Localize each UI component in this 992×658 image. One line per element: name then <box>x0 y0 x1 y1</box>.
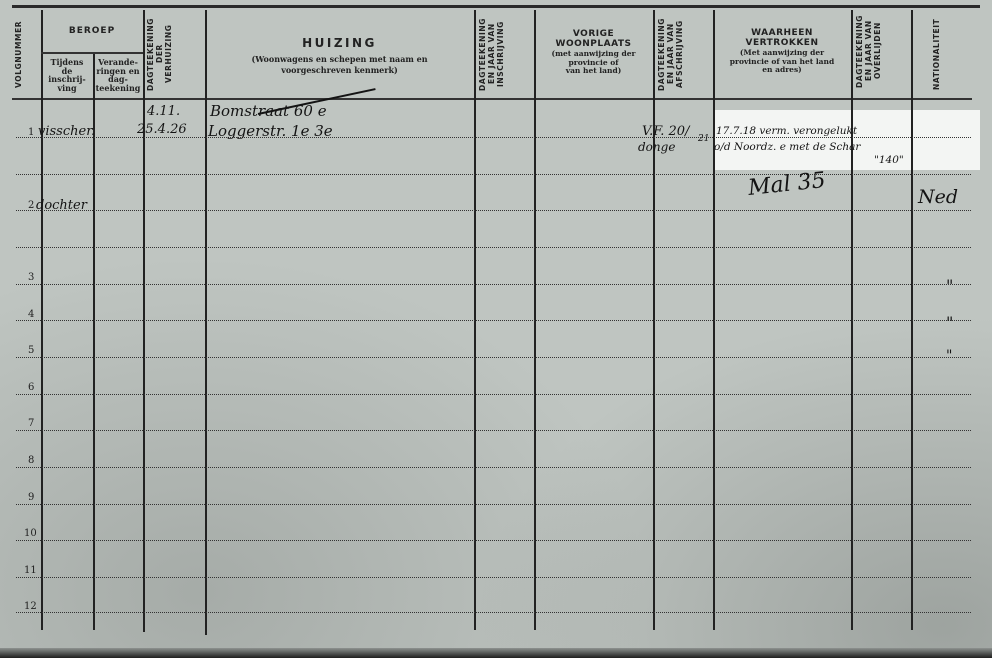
text-line: ving <box>41 84 93 93</box>
row-line <box>16 320 971 321</box>
header-beroep-tijdens: Tijdens de inschrij- ving <box>41 58 93 92</box>
text-line: DER <box>155 45 164 64</box>
entry-row1-vorige-line1: V.F. 20/ <box>642 124 689 139</box>
row-line <box>16 210 971 211</box>
entry-row1-huizing-line2: Loggerstr. 1e 3e <box>208 122 333 140</box>
entry-row2-waarheen: Mal 35 <box>747 168 827 201</box>
header-beroep-veranderingen: Verande- ringen en dag- teekening <box>93 58 143 92</box>
row-number: 11 <box>24 565 37 576</box>
entry-row1-vorige-line2: donge <box>638 140 675 154</box>
beroep-split-line <box>41 52 143 54</box>
header-waarheen-vertrokken-sub: (Met aanwijzing der provincie of van het… <box>713 49 851 75</box>
header-vorige-woonplaats-sub: (met aanwijzing der provincie of van het… <box>534 50 653 76</box>
entry-row1-date-bottom: 25.4.26 <box>137 122 187 137</box>
text-line: teekening <box>93 84 143 93</box>
row-line <box>16 394 971 395</box>
header-dagteekening-verhuizing: DAGTEEKENING DER VERHUIZING <box>146 12 202 96</box>
row-number: 1 <box>28 127 34 138</box>
row-number: 9 <box>28 492 34 503</box>
row-line <box>16 467 971 468</box>
text-line: (Woonwagens en schepen met naam en <box>205 54 474 65</box>
text-line: EN JAAR VAN <box>864 21 873 82</box>
entry-row4-nationaliteit: " <box>946 313 953 332</box>
row-line <box>16 540 971 541</box>
header-vorige-woonplaats: VORIGE WOONPLAATS <box>534 29 653 49</box>
text-line: VERTROKKEN <box>713 38 851 48</box>
entry-row1-waarheen-line2: o/d Noordz. e met de Schar <box>714 141 860 153</box>
row-line <box>16 137 971 138</box>
header-dagteekening-overlijden: DAGTEEKENING EN JAAR VAN OVERLIJDEN <box>855 8 907 94</box>
whiteout-patch <box>714 110 980 170</box>
header-dagteekening-afschrijving: DAGTEEKENING EN JAAR VAN AFSCHRIJVING <box>657 12 709 96</box>
text-line: van het land) <box>534 67 653 76</box>
col-line <box>143 10 145 632</box>
row-number: 12 <box>24 601 37 612</box>
row-number: 6 <box>28 382 34 393</box>
entry-row1-date-top: 4.11. <box>147 104 180 119</box>
entry-row1-waarheen-line3: "140" <box>874 154 904 166</box>
text-line: INSCHRIJVING <box>496 21 505 87</box>
header-rule <box>12 98 972 100</box>
entry-row2-beroep: dochter <box>36 198 87 213</box>
entry-row1-afschrijving-sup: 21 <box>698 134 709 144</box>
text-line: en adres) <box>713 66 851 75</box>
text-line: DAGTEEKENING <box>146 17 155 90</box>
row-number: 8 <box>28 455 34 466</box>
entry-row1-waarheen-line1: 17.7.18 verm. verongelukt <box>716 125 857 137</box>
row-line <box>16 174 971 175</box>
text-line: VERHUIZING <box>164 25 173 84</box>
text-line: OVERLIJDEN <box>873 23 882 80</box>
row-number: 3 <box>28 272 34 283</box>
entry-row5-nationaliteit: " <box>946 348 952 364</box>
entry-row3-nationaliteit: " <box>946 276 953 295</box>
row-number: 2 <box>28 200 34 211</box>
header-huizing: HUIZING <box>205 36 474 50</box>
text-line: EN JAAR VAN <box>666 24 675 85</box>
header-nationaliteit: NATIONALITEIT <box>932 14 950 94</box>
text-line: DAGTEEKENING <box>657 17 666 90</box>
row-line <box>16 577 971 578</box>
bottom-edge <box>0 648 992 658</box>
row-line <box>16 612 971 613</box>
row-number: 4 <box>28 309 34 320</box>
row-line <box>16 504 971 505</box>
text-line: DAGTEEKENING <box>855 14 864 87</box>
text-line: DAGTEEKENING <box>478 17 487 90</box>
text-line: AFSCHRIJVING <box>675 20 684 88</box>
header-volgnummer: VOLGNUMMER <box>14 14 32 94</box>
top-rule <box>12 5 980 8</box>
entry-row1-beroep: visscher. <box>38 124 95 139</box>
text-line: VORIGE <box>534 29 653 39</box>
text-line: WAARHEEN <box>713 28 851 38</box>
register-card: VOLGNUMMER BEROEP Tijdens de inschrij- v… <box>0 0 992 658</box>
text-line: voorgeschreven kenmerk) <box>205 65 474 76</box>
header-huizing-sub: (Woonwagens en schepen met naam en voorg… <box>205 54 474 76</box>
row-number: 5 <box>28 345 34 356</box>
col-line <box>205 10 207 635</box>
row-line <box>16 247 971 248</box>
row-line <box>16 357 971 358</box>
header-waarheen-vertrokken: WAARHEEN VERTROKKEN <box>713 28 851 48</box>
text-line: WOONPLAATS <box>534 39 653 49</box>
entry-row2-nationaliteit: Ned <box>918 186 958 208</box>
text-line: EN JAAR VAN <box>487 24 496 85</box>
row-number: 10 <box>24 528 37 539</box>
row-line <box>16 284 971 285</box>
header-dagteekening-inschrijving: DAGTEEKENING EN JAAR VAN INSCHRIJVING <box>478 12 530 96</box>
header-beroep: BEROEP <box>41 26 143 36</box>
row-line <box>16 430 971 431</box>
row-number: 7 <box>28 418 34 429</box>
